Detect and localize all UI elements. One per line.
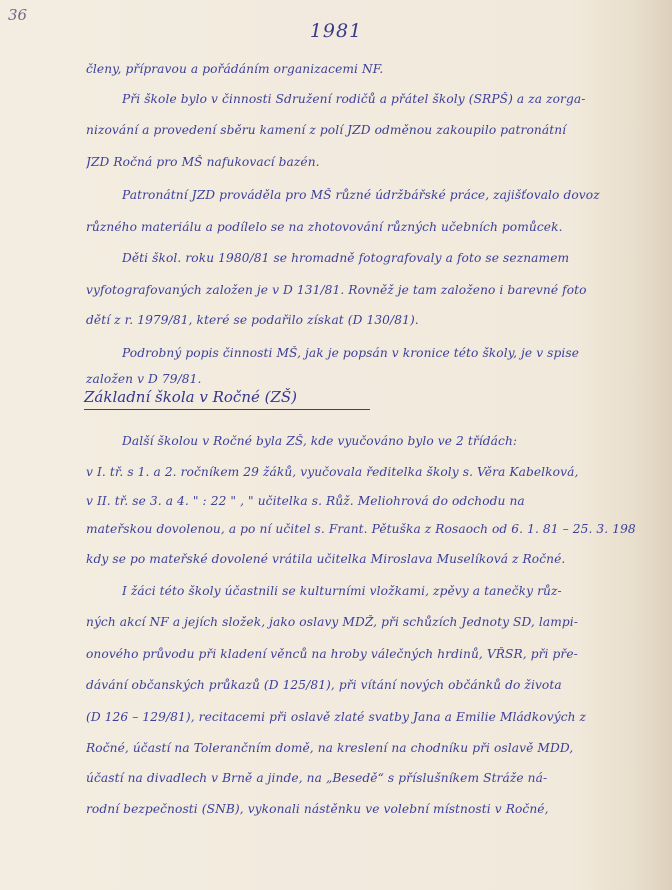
text-line: Podrobný popis činnosti MŠ, jak je popsá… — [122, 346, 636, 360]
text-line: kdy se po mateřské dovolené vrátila učit… — [86, 552, 636, 566]
year-heading: 1981 — [0, 20, 672, 42]
text-line: členy, přípravou a pořádáním organizacem… — [86, 62, 636, 76]
text-line: založen v D 79/81. — [86, 372, 636, 386]
text-line: v II. tř. se 3. a 4. " : 22 " , " učitel… — [86, 494, 636, 508]
text-line: ných akcí NF a jejích složek, jako oslav… — [86, 615, 636, 629]
text-line: v I. tř. s 1. a 2. ročníkem 29 žáků, vyu… — [86, 465, 636, 479]
text-line: účastí na divadlech v Brně a jinde, na „… — [86, 771, 636, 785]
text-line: rodní bezpečnosti (SNB), vykonali nástěn… — [86, 802, 636, 816]
text-line: nizování a provedení sběru kamení z polí… — [86, 123, 636, 137]
text-line: mateřskou dovolenou, a po ní učitel s. F… — [86, 522, 636, 536]
text-line: Další školou v Ročné byla ZŠ, kde vyučov… — [122, 434, 636, 448]
text-line: Při škole bylo v činnosti Sdružení rodič… — [122, 92, 636, 106]
text-line: různého materiálu a podílelo se na zhoto… — [86, 220, 636, 234]
text-line: onového průvodu při kladení věnců na hro… — [86, 647, 636, 661]
text-line: dětí z r. 1979/81, které se podařilo zís… — [86, 313, 636, 327]
text-line: vyfotografovaných založen je v D 131/81.… — [86, 283, 636, 297]
handwritten-chronicle-page: 36 1981 členy, přípravou a pořádáním org… — [0, 0, 672, 890]
text-line: Patronátní JZD prováděla pro MŠ různé úd… — [122, 188, 636, 202]
section-heading: Základní škola v Ročné (ZŠ) — [84, 388, 370, 410]
text-line: JZD Ročná pro MŠ nafukovací bazén. — [86, 155, 636, 169]
text-line: I žáci této školy účastnili se kulturním… — [122, 584, 636, 598]
text-line: dávání občanských průkazů (D 125/81), př… — [86, 678, 636, 692]
text-line: Ročné, účastí na Tolerančním domě, na kr… — [86, 741, 636, 755]
text-line: Děti škol. roku 1980/81 se hromadně foto… — [122, 251, 636, 265]
text-line: (D 126 – 129/81), recitacemi při oslavě … — [86, 710, 636, 724]
